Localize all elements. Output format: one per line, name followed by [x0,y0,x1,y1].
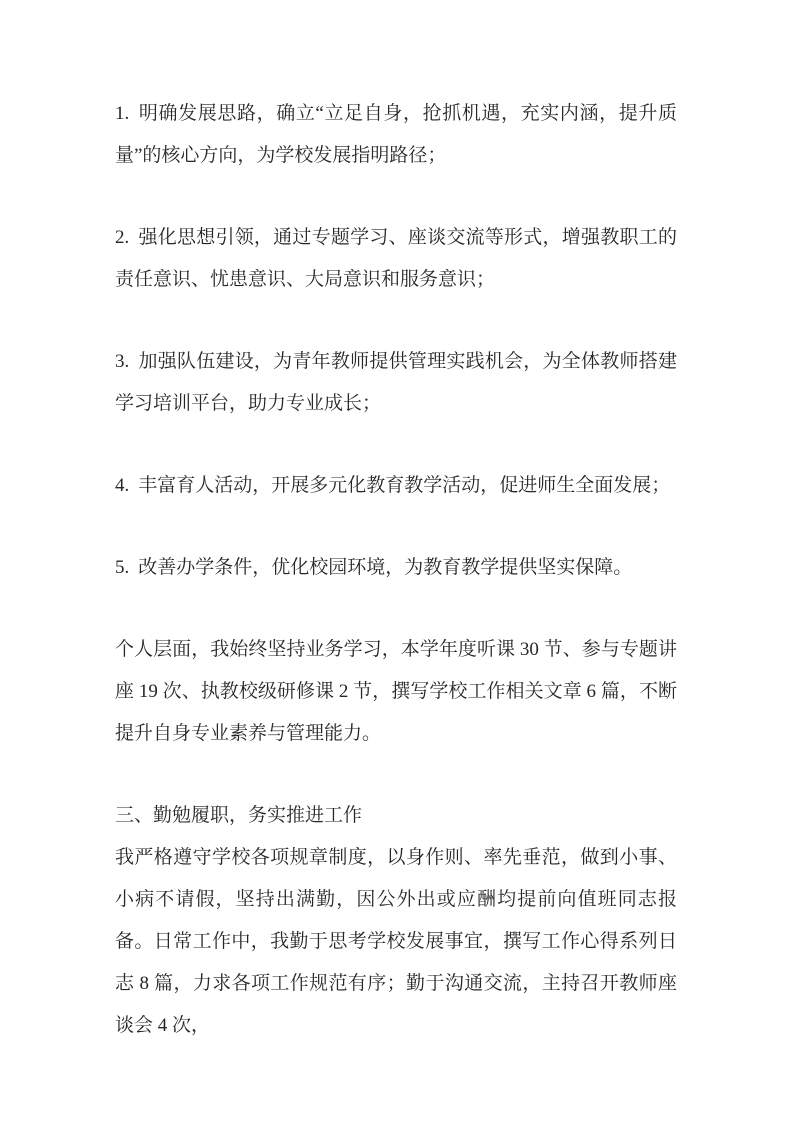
list-item: 2.强化思想引领，通过专题学习、座谈交流等形式，增强教职工的责任意识、忧患意识、… [115,217,677,301]
list-item-marker: 3. [115,351,138,372]
list-item: 1.明确发展思路，确立“立足自身，抢抓机遇，充实内涵，提升质量”的核心方向，为学… [115,93,677,177]
list-item-marker: 5. [115,557,138,578]
document-page: 1.明确发展思路，确立“立足自身，抢抓机遇，充实内涵，提升质量”的核心方向，为学… [0,0,793,1122]
list-item: 3.加强队伍建设，为青年教师提供管理实践机会，为全体教师搭建学习培训平台，助力专… [115,341,677,425]
list-item: 4.丰富育人活动，开展多元化教育教学活动，促进师生全面发展； [115,465,677,507]
list-item-text: 强化思想引领，通过专题学习、座谈交流等形式，增强教职工的责任意识、忧患意识、大局… [115,227,677,290]
list-item-marker: 2. [115,227,138,248]
list-item-text: 丰富育人活动，开展多元化教育教学活动，促进师生全面发展； [138,475,670,496]
list-item-marker: 1. [115,103,138,124]
section-heading: 三、勤勉履职，务实推进工作 [115,795,677,837]
summary-paragraph: 个人层面，我始终坚持业务学习，本学年度听课 30 节、参与专题讲座 19 次、执… [115,629,677,755]
list-item-text: 改善办学条件，优化校园环境，为教育教学提供坚实保障。 [138,557,632,578]
list-item-marker: 4. [115,475,138,496]
section-paragraph: 我严格遵守学校各项规章制度，以身作则、率先垂范，做到小事、小病不请假，坚持出满勤… [115,837,677,1047]
list-item-text: 明确发展思路，确立“立足自身，抢抓机遇，充实内涵，提升质量”的核心方向，为学校发… [115,103,677,166]
list-item: 5.改善办学条件，优化校园环境，为教育教学提供坚实保障。 [115,547,677,589]
list-item-text: 加强队伍建设，为青年教师提供管理实践机会，为全体教师搭建学习培训平台，助力专业成… [115,351,677,414]
